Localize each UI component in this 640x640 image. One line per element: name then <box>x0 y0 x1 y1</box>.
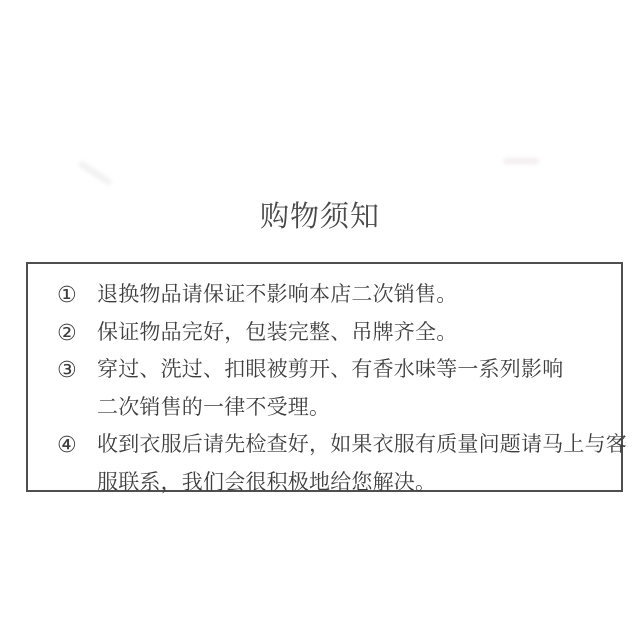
notice-item-2: ② 保证物品完好，包装完整、吊牌齐全。 <box>57 314 607 352</box>
notice-item-3: ③ 穿过、洗过、扣眼被剪开、有香水味等一系列影响 <box>57 351 607 389</box>
item-number-1: ① <box>57 276 97 314</box>
item-text-4-line-2: 服联系，我们会很积极地给您解决。 <box>97 464 607 502</box>
item-text-2: 保证物品完好，包装完整、吊牌齐全。 <box>97 314 607 352</box>
notice-box: ① 退换物品请保证不影响本店二次销售。 ② 保证物品完好，包装完整、吊牌齐全。 … <box>26 262 623 492</box>
watermark-smudge-left <box>77 160 112 186</box>
watermark-smudge-right <box>503 158 539 164</box>
item-text-1: 退换物品请保证不影响本店二次销售。 <box>97 276 607 314</box>
notice-item-3-continuation: 二次销售的一律不受理。 <box>57 389 607 427</box>
notice-image: 购物须知 ① 退换物品请保证不影响本店二次销售。 ② 保证物品完好，包装完整、吊… <box>0 0 640 640</box>
item-text-3-line-1: 穿过、洗过、扣眼被剪开、有香水味等一系列影响 <box>97 351 607 389</box>
notice-item-4: ④ 收到衣服后请先检查好，如果衣服有质量问题请马上与客 <box>57 426 607 464</box>
item-text-3-line-2: 二次销售的一律不受理。 <box>97 389 607 427</box>
page-title: 购物须知 <box>0 200 640 234</box>
item-number-3: ③ <box>57 351 97 389</box>
item-number-2: ② <box>57 314 97 352</box>
item-number-4: ④ <box>57 426 97 464</box>
notice-item-1: ① 退换物品请保证不影响本店二次销售。 <box>57 276 607 314</box>
item-text-4-line-1: 收到衣服后请先检查好，如果衣服有质量问题请马上与客 <box>97 426 627 464</box>
notice-item-4-continuation: 服联系，我们会很积极地给您解决。 <box>57 464 607 502</box>
